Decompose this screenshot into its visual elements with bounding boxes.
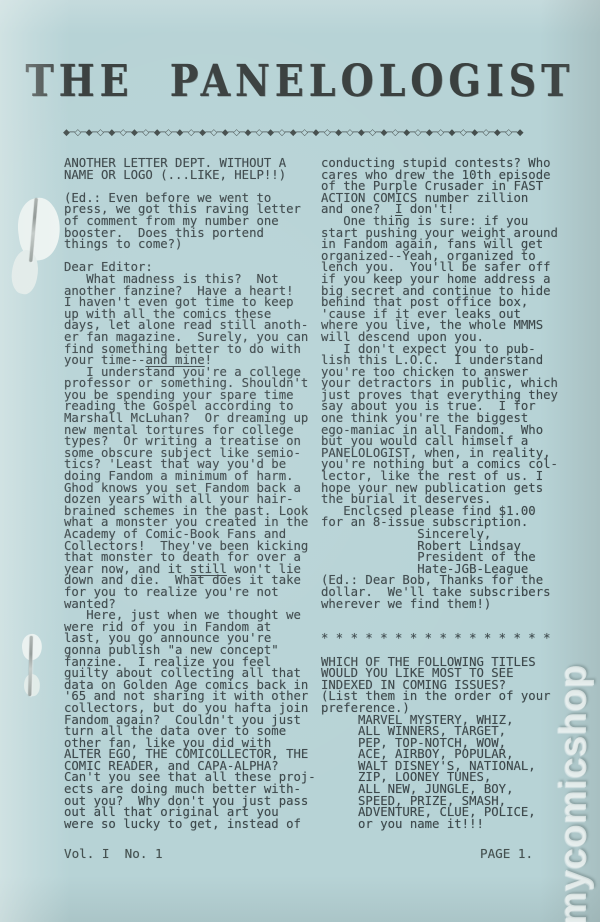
page-number-label: PAGE 1.	[480, 846, 533, 861]
volume-number-label: Vol. I No. 1	[64, 846, 163, 861]
page-title: THE PANELOLOGIST	[0, 55, 600, 107]
diamond-divider-rule: ◆─◇─◆─◇─◆─◇─◆─◇─◆─◇─◆─◇─◆─◇─◆─◇─◆─◇─◆─◇─…	[63, 126, 546, 141]
left-column-text: ANOTHER LETTER DEPT. WITHOUT A NAME OR L…	[64, 158, 316, 830]
mycomicshop-watermark: mycomicshop	[551, 673, 597, 922]
fanzine-page: THE PANELOLOGIST ◆─◇─◆─◇─◆─◇─◆─◇─◆─◇─◆─◇…	[0, 0, 600, 922]
staple-top	[10, 188, 70, 303]
right-column-text: conducting stupid contests? Who cares wh…	[321, 158, 558, 830]
staple-bottom	[12, 630, 62, 710]
torn-paper-patch	[23, 673, 42, 697]
